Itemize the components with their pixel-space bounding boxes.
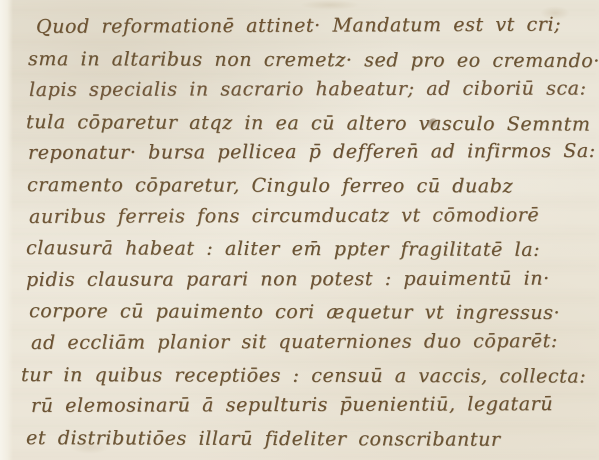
manuscript-line-13: rū elemosinarū ā sepulturis p̄uenientiū,…: [0, 389, 599, 423]
manuscript-line-2: sma in altaribus non cremetz· sed pro eo…: [0, 44, 599, 78]
manuscript-line-6: cramento cōparetur, Cingulo ferreo cū du…: [0, 170, 599, 203]
manuscript-line-10: corpore cū pauimento cori æquetur vt ing…: [0, 296, 599, 330]
manuscript-line-7: auribus ferreis fons circumducatz vt cōm…: [0, 199, 599, 233]
manuscript-line-8: clausurā habeat : aliter em̄ ppter fragi…: [0, 233, 599, 267]
manuscript-line-12: tur in quibus receptiōes : censuū a vacc…: [0, 360, 599, 393]
manuscript-line-11: ad eccliām planior sit quaterniones duo …: [0, 326, 599, 360]
manuscript-line-1: Quod reformationē attinet· Mandatum est …: [0, 9, 599, 43]
manuscript-text: Quod reformationē attinet· Mandatum est …: [0, 12, 599, 454]
manuscript-line-14: et distributiōes illarū fideliter conscr…: [0, 423, 599, 457]
manuscript-line-3: lapis specialis in sacrario habeatur; ad…: [0, 74, 599, 107]
manuscript-line-9: pidis clausura parari non potest : pauim…: [0, 263, 599, 296]
manuscript-page: Quod reformationē attinet· Mandatum est …: [0, 0, 599, 460]
manuscript-line-5: reponatur· bursa pellicea p̄ defferen̄ a…: [0, 136, 599, 170]
